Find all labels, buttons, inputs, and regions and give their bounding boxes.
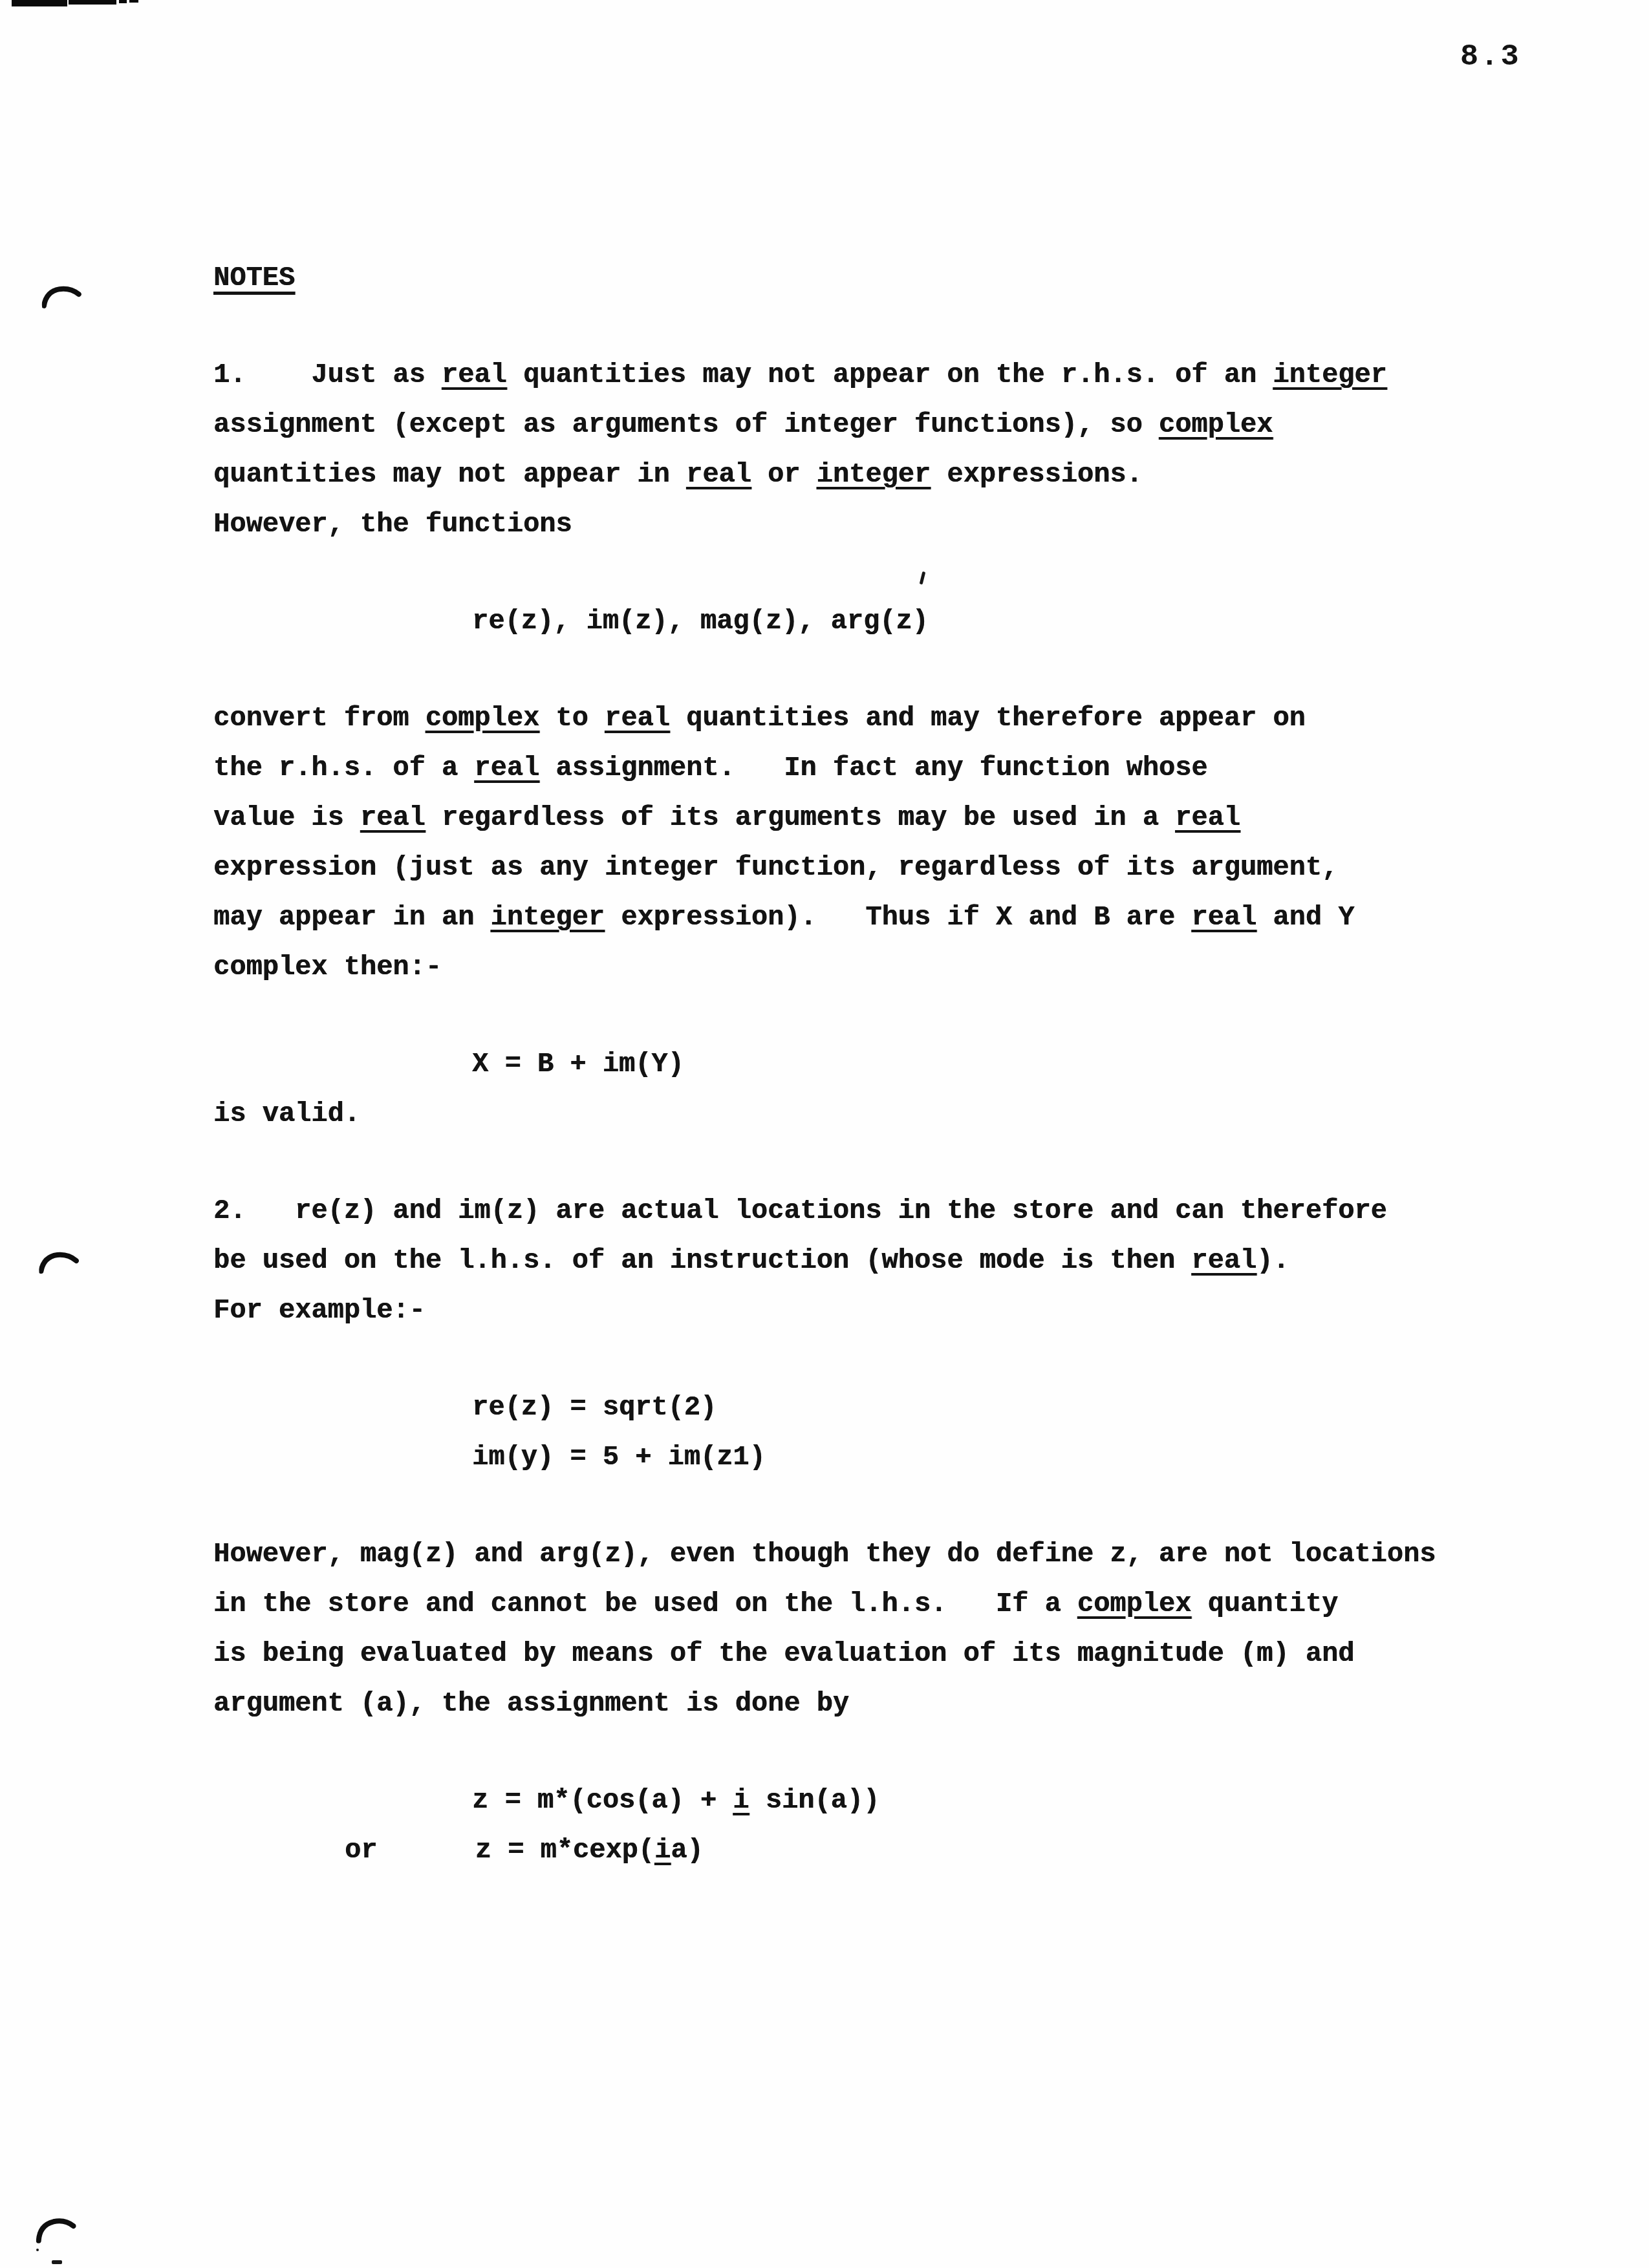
text-segment: assignment. In fact any function whose	[539, 753, 1207, 784]
handwritten-arc-mark	[41, 283, 82, 309]
underlined-text-segment: i	[733, 1785, 749, 1816]
text-segment: re(z), im(z), mag(z), arg(z)	[472, 606, 929, 637]
formula-line: im(y) = 5 + im(z1)	[472, 1433, 1481, 1482]
text-segment: 1. Just as	[213, 359, 442, 390]
text-segment: complex then:-	[213, 952, 442, 983]
text-segment: or	[345, 1835, 377, 1866]
page-number: 8.3	[1460, 40, 1521, 74]
text-segment: sin(a))	[749, 1785, 879, 1816]
handwritten-arc-mark	[38, 1250, 79, 1274]
text-line: expression (just as any integer function…	[213, 843, 1481, 893]
text-segment: expression (just as any integer function…	[213, 852, 1338, 883]
text-segment: expression). Thus if X and B are	[605, 902, 1191, 933]
text-segment: However, mag(z) and arg(z), even though …	[213, 1539, 1436, 1570]
para-block: 1. Just as real quantities may not appea…	[213, 350, 1481, 550]
underlined-text-segment: complex	[1159, 409, 1273, 440]
text-segment: may appear in an	[213, 902, 490, 933]
formula-line: or z = m*cexp(ia)	[345, 1826, 1481, 1876]
text-segment: convert from	[213, 703, 426, 734]
text-line: argument (a), the assignment is done by	[213, 1679, 1481, 1729]
text-segment: a)	[671, 1835, 703, 1866]
underlined-text-segment: real	[360, 802, 426, 833]
text-segment: in the store and cannot be used on the l…	[213, 1589, 1077, 1620]
text-segment: quantities may not appear in	[213, 459, 686, 490]
scan-edge-artifact	[12, 0, 67, 6]
text-segment: ).	[1256, 1245, 1289, 1276]
ink-speck	[52, 2260, 62, 2264]
scan-edge-artifact	[119, 0, 127, 3]
text-segment: 2. re(z) and im(z) are actual locations …	[213, 1195, 1387, 1226]
underlined-text-segment: complex	[426, 703, 539, 734]
text-line: However, mag(z) and arg(z), even though …	[213, 1530, 1481, 1579]
text-line: complex then:-	[213, 943, 1481, 992]
para-block: However, mag(z) and arg(z), even though …	[213, 1530, 1481, 1729]
para-block: is valid.	[213, 1089, 1481, 1139]
text-segment: z = m*cexp(	[377, 1835, 654, 1866]
para-block: convert from complex to real quantities …	[213, 694, 1481, 992]
underlined-text-segment: real	[1191, 1245, 1256, 1276]
text-line: convert from complex to real quantities …	[213, 694, 1481, 744]
formula-block: re(z), im(z), mag(z), arg(z)	[213, 597, 1481, 647]
handwritten-arc-mark	[34, 2214, 78, 2244]
text-line: 2. re(z) and im(z) are actual locations …	[213, 1186, 1481, 1236]
underlined-text-segment: real	[605, 703, 670, 734]
underlined-text-segment: complex	[1077, 1589, 1191, 1620]
text-segment: the r.h.s. of a	[213, 753, 474, 784]
text-line: in the store and cannot be used on the l…	[213, 1579, 1481, 1629]
text-line: may appear in an integer expression). Th…	[213, 893, 1481, 943]
formula-block: z = m*(cos(a) + i sin(a))or z = m*cexp(i…	[213, 1776, 1481, 1876]
text-line: However, the functions	[213, 500, 1481, 550]
text-segment: im(y) = 5 + im(z1)	[472, 1442, 766, 1473]
formula-block: X = B + im(Y)	[213, 1040, 1481, 1089]
text-line: the r.h.s. of a real assignment. In fact…	[213, 744, 1481, 793]
scan-edge-artifact	[69, 0, 116, 5]
formula-block: re(z) = sqrt(2)im(y) = 5 + im(z1)	[213, 1383, 1481, 1482]
text-line: 1. Just as real quantities may not appea…	[213, 350, 1481, 400]
underlined-text-segment: real	[686, 459, 751, 490]
text-line: is valid.	[213, 1089, 1481, 1139]
underlined-text-segment: integer	[490, 902, 604, 933]
formula-line: X = B + im(Y)	[472, 1040, 1481, 1089]
notes-heading: NOTES	[213, 253, 1481, 303]
text-segment: For example:-	[213, 1295, 426, 1326]
text-segment: and Y	[1256, 902, 1354, 933]
underlined-text-segment: real	[1175, 802, 1240, 833]
underlined-text-segment: integer	[1273, 359, 1386, 390]
text-segment: regardless of its arguments may be used …	[426, 802, 1175, 833]
text-segment: quantities and may therefore appear on	[670, 703, 1306, 734]
scanned-document-page: 8.3 NOTES1. Just as real quantities may …	[0, 0, 1649, 2268]
underlined-text-segment: i	[654, 1835, 671, 1866]
text-line: assignment (except as arguments of integ…	[213, 400, 1481, 450]
heading-block: NOTES	[213, 253, 1481, 303]
text-segment: quantity	[1191, 1589, 1338, 1620]
text-segment: or	[751, 459, 817, 490]
formula-line: z = m*(cos(a) + i sin(a))	[472, 1776, 1481, 1826]
text-segment: X = B + im(Y)	[472, 1049, 684, 1080]
text-segment: argument (a), the assignment is done by	[213, 1688, 849, 1719]
document-body: NOTES1. Just as real quantities may not …	[213, 253, 1481, 1876]
text-segment: to	[539, 703, 605, 734]
formula-line: re(z), im(z), mag(z), arg(z)	[472, 597, 1481, 647]
text-line: value is real regardless of its argument…	[213, 793, 1481, 843]
text-line: quantities may not appear in real or int…	[213, 450, 1481, 500]
text-segment: expressions.	[931, 459, 1143, 490]
text-line: is being evaluated by means of the evalu…	[213, 1629, 1481, 1679]
underlined-text-segment: NOTES	[213, 262, 295, 294]
para-block: 2. re(z) and im(z) are actual locations …	[213, 1186, 1481, 1336]
formula-line: re(z) = sqrt(2)	[472, 1383, 1481, 1433]
text-segment: be used on the l.h.s. of an instruction …	[213, 1245, 1191, 1276]
text-segment: is valid.	[213, 1098, 360, 1129]
underlined-text-segment: real	[1191, 902, 1256, 933]
underlined-text-segment: integer	[817, 459, 931, 490]
text-segment: assignment (except as arguments of integ…	[213, 409, 1159, 440]
text-segment: quantities may not appear on the r.h.s. …	[507, 359, 1273, 390]
text-line: For example:-	[213, 1286, 1481, 1336]
text-segment: re(z) = sqrt(2)	[472, 1392, 717, 1423]
text-segment: value is	[213, 802, 360, 833]
underlined-text-segment: real	[474, 753, 539, 784]
text-segment: z = m*(cos(a) +	[472, 1785, 733, 1816]
underlined-text-segment: real	[442, 359, 507, 390]
text-segment: is being evaluated by means of the evalu…	[213, 1638, 1354, 1669]
scan-edge-artifact	[129, 0, 138, 3]
ink-speck	[36, 2249, 39, 2251]
text-line: be used on the l.h.s. of an instruction …	[213, 1236, 1481, 1286]
text-segment: However, the functions	[213, 509, 572, 540]
